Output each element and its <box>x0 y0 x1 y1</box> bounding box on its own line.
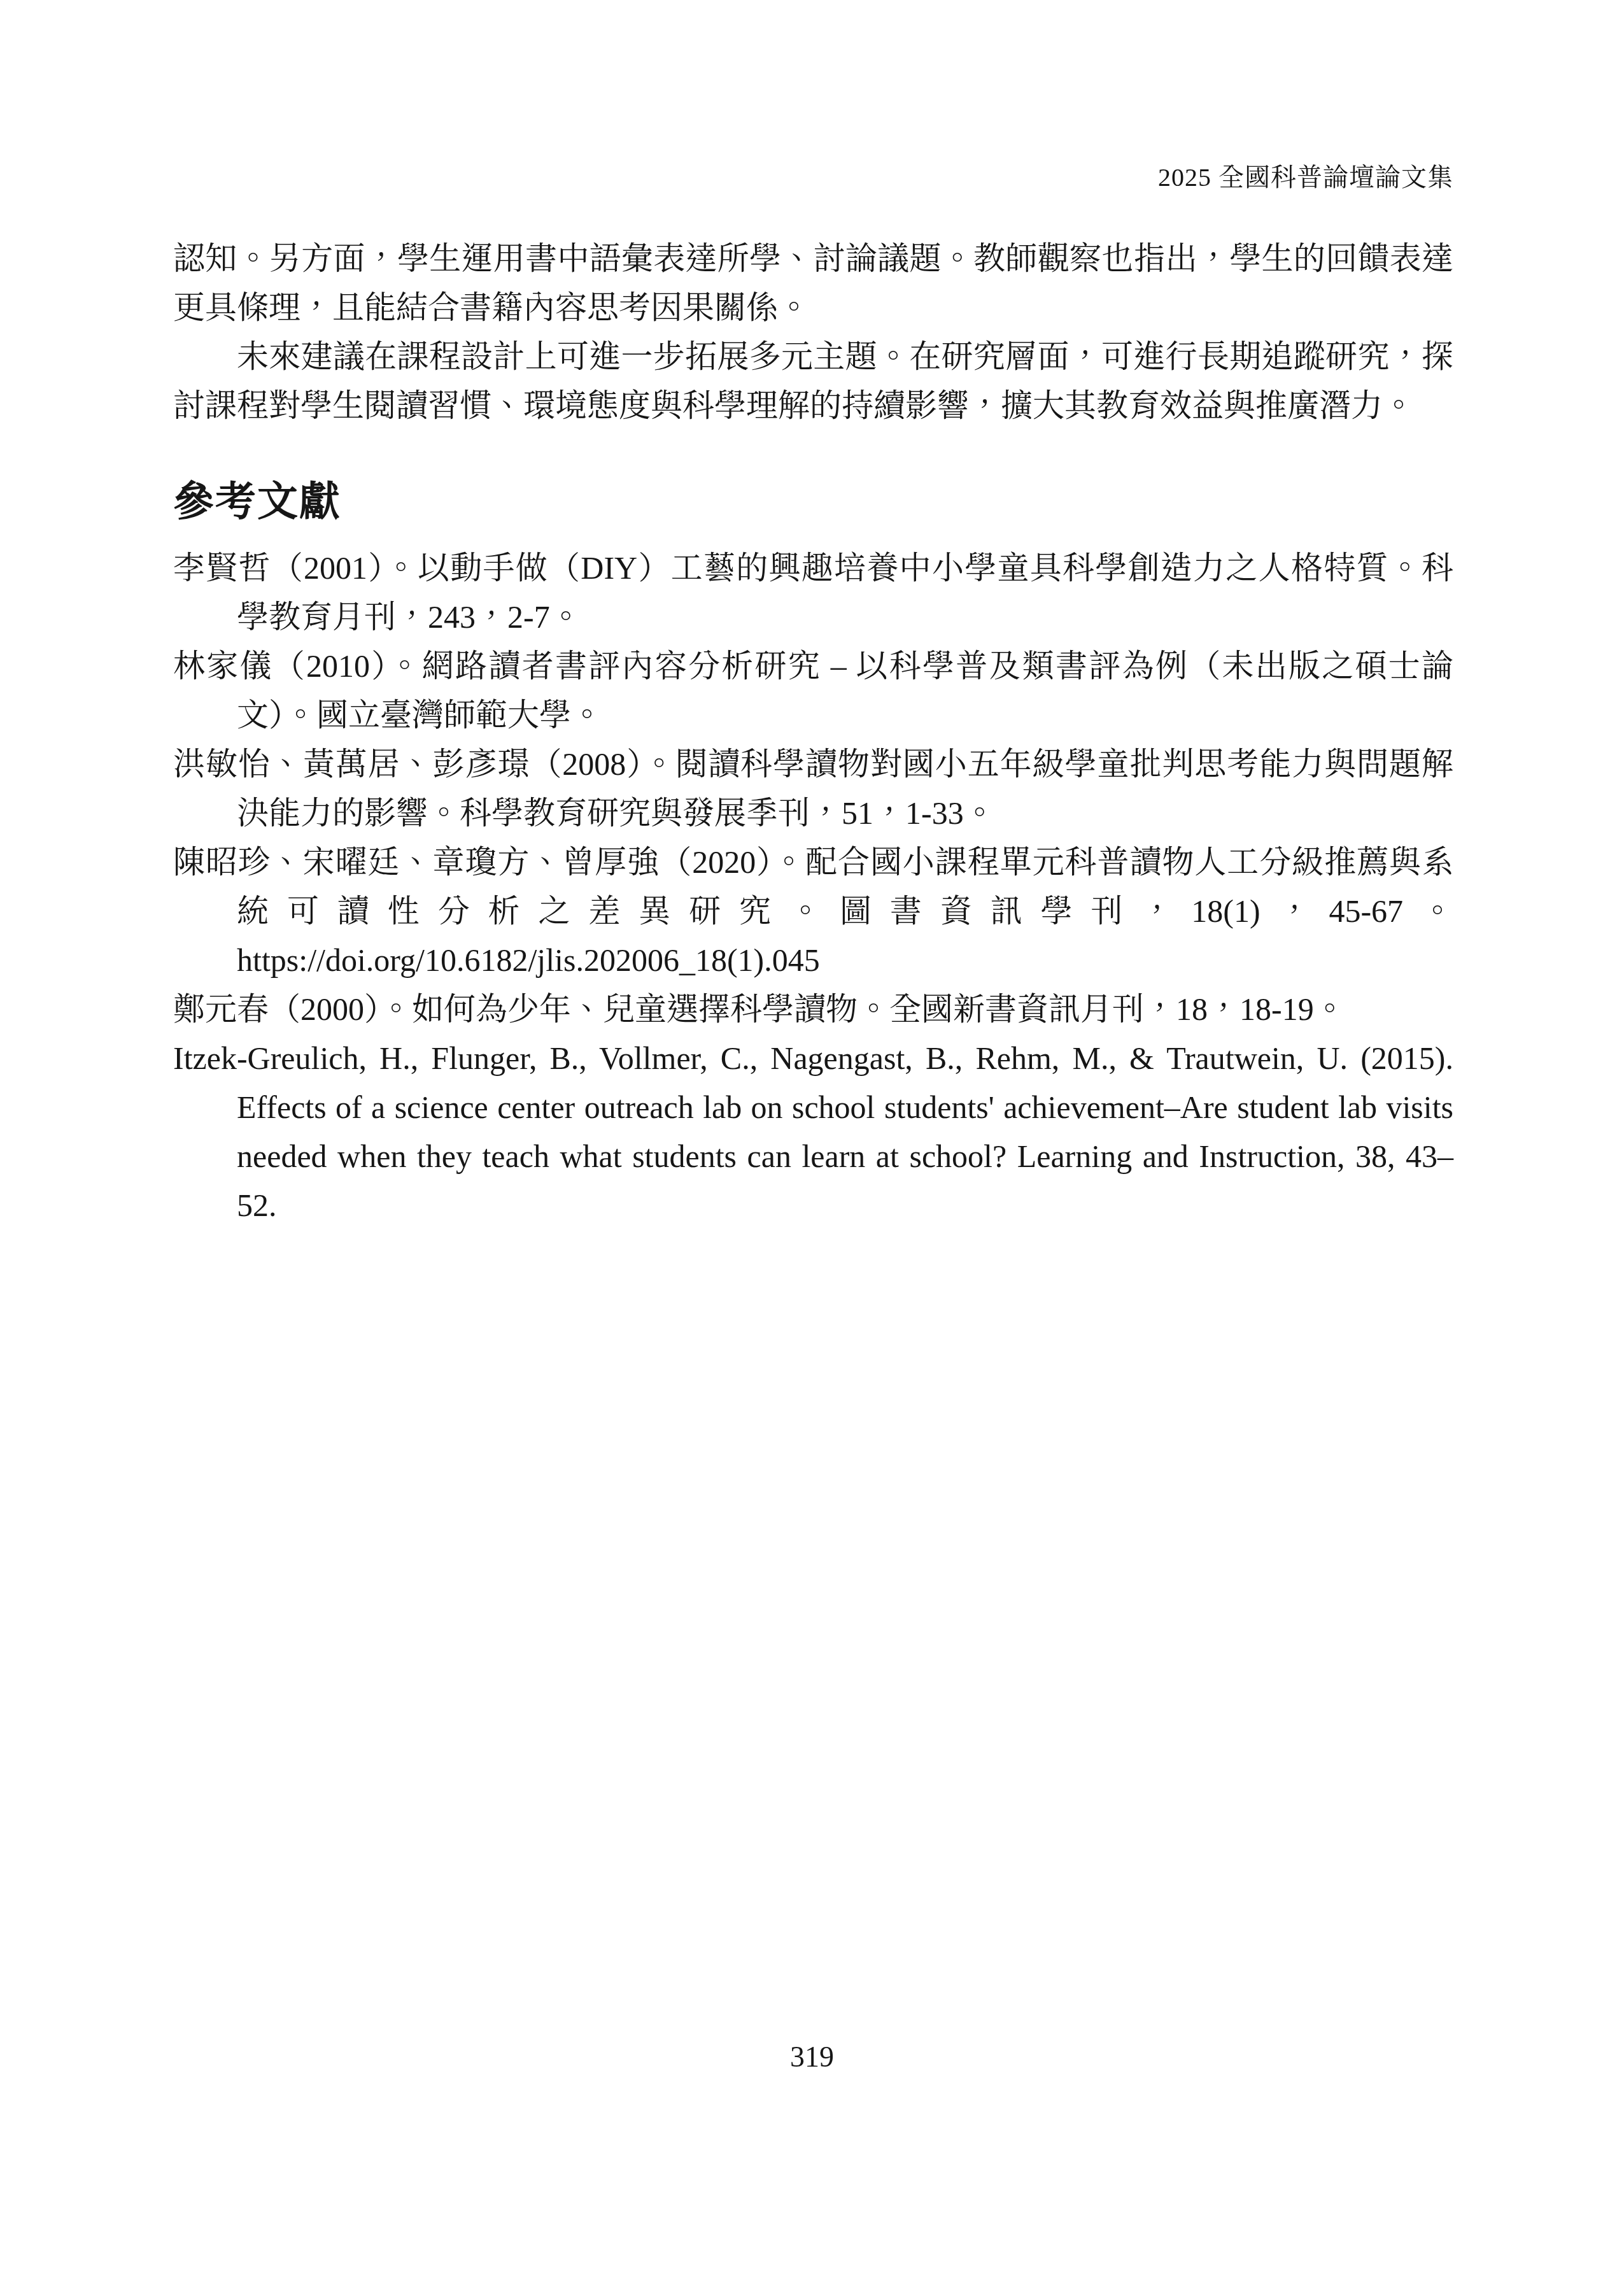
reference-list: 李賢哲（2001）。以動手做（DIY）工藝的興趣培養中小學童具科學創造力之人格特… <box>173 544 1453 1230</box>
body-paragraph: 認知。另方面，學生運用書中語彙表達所學、討論議題。教師觀察也指出，學生的回饋表達… <box>173 234 1453 332</box>
body-paragraph: 未來建議在課程設計上可進一步拓展多元主題。在研究層面，可進行長期追蹤研究，探討課… <box>173 332 1453 430</box>
reference-entry: Itzek-Greulich, H., Flunger, B., Vollmer… <box>173 1034 1453 1230</box>
reference-entry: 陳昭珍、宋曜廷、章瓊方、曾厚強（2020）。配合國小課程單元科普讀物人工分級推薦… <box>173 838 1453 985</box>
page-number: 319 <box>0 2039 1624 2075</box>
reference-entry: 洪敏怡、黃萬居、彭彥璟（2008）。閱讀科學讀物對國小五年級學童批判思考能力與問… <box>173 740 1453 838</box>
running-header: 2025 全國科普論壇論文集 <box>1158 162 1453 193</box>
page-content: 認知。另方面，學生運用書中語彙表達所學、討論議題。教師觀察也指出，學生的回饋表達… <box>173 234 1453 1230</box>
reference-entry: 鄭元春（2000）。如何為少年、兒童選擇科學讀物。全國新書資訊月刊，18，18-… <box>173 985 1453 1034</box>
document-page: 2025 全國科普論壇論文集 認知。另方面，學生運用書中語彙表達所學、討論議題。… <box>0 0 1624 2278</box>
reference-entry: 李賢哲（2001）。以動手做（DIY）工藝的興趣培養中小學童具科學創造力之人格特… <box>173 544 1453 642</box>
references-heading: 參考文獻 <box>173 476 1453 527</box>
reference-entry: 林家儀（2010）。網路讀者書評內容分析研究 – 以科學普及類書評為例（未出版之… <box>173 642 1453 740</box>
